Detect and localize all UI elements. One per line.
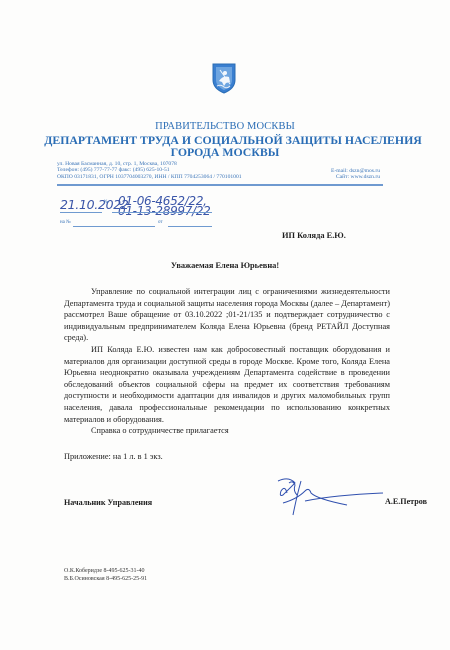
executor-2: В.Б.Осиновская 8-495-625-25-91	[64, 575, 147, 583]
letter-page: ПРАВИТЕЛЬСТВО МОСКВЫ ДЕПАРТАМЕНТ ТРУДА И…	[0, 0, 450, 650]
government-name: ПРАВИТЕЛЬСТВО МОСКВЫ	[0, 121, 450, 132]
number-underline	[112, 212, 212, 213]
contact-online: E-mail: dszn@mos.ru Сайт: www.dszn.ru	[331, 168, 380, 181]
registration-number-2: 01-13-28997/22	[118, 204, 211, 218]
paragraph-text: Управление по социальной интеграции лиц …	[64, 286, 390, 344]
date-underline	[60, 212, 102, 213]
signer-position: Начальник Управления	[64, 498, 152, 507]
header-divider	[57, 184, 383, 186]
from-label: от	[158, 220, 163, 225]
registry-codes: ОКПО 03171831, ОГРН 1037704003270, ИНН /…	[57, 174, 242, 180]
moscow-coat-of-arms-icon	[211, 62, 237, 94]
body-paragraph-3: Справка о сотрудничестве прилагается	[64, 425, 390, 437]
recipient: ИП Коляда Е.Ю.	[282, 231, 346, 240]
department-name-line2: ГОРОДА МОСКВЫ	[0, 145, 450, 160]
body-paragraph-1: Управление по социальной интеграции лиц …	[64, 286, 390, 344]
paragraph-text: Справка о сотрудничестве прилагается	[64, 425, 390, 437]
number-label: №	[104, 200, 109, 205]
body-paragraph-2: ИП Коляда Е.Ю. известен нам как добросов…	[64, 344, 390, 425]
from-underline	[168, 226, 212, 227]
paragraph-text: ИП Коляда Е.Ю. известен нам как добросов…	[64, 344, 390, 425]
executors: О.К.Коберидзе 8-495-625-31-40 В.Б.Осинов…	[64, 567, 147, 583]
handwritten-signature-icon	[275, 477, 385, 517]
attachment-note: Приложение: на 1 л. в 1 экз.	[64, 452, 163, 461]
reply-to-label: на №	[60, 220, 71, 225]
contact-details: ул. Новая Басманная, д. 10, стр. 1, Моск…	[57, 161, 242, 180]
website: Сайт: www.dszn.ru	[331, 174, 380, 180]
executor-1: О.К.Коберидзе 8-495-625-31-40	[64, 567, 147, 575]
signer-name: А.Е.Петров	[385, 497, 427, 506]
salutation: Уважаемая Елена Юрьевна!	[0, 261, 450, 270]
reply-to-underline	[73, 226, 155, 227]
